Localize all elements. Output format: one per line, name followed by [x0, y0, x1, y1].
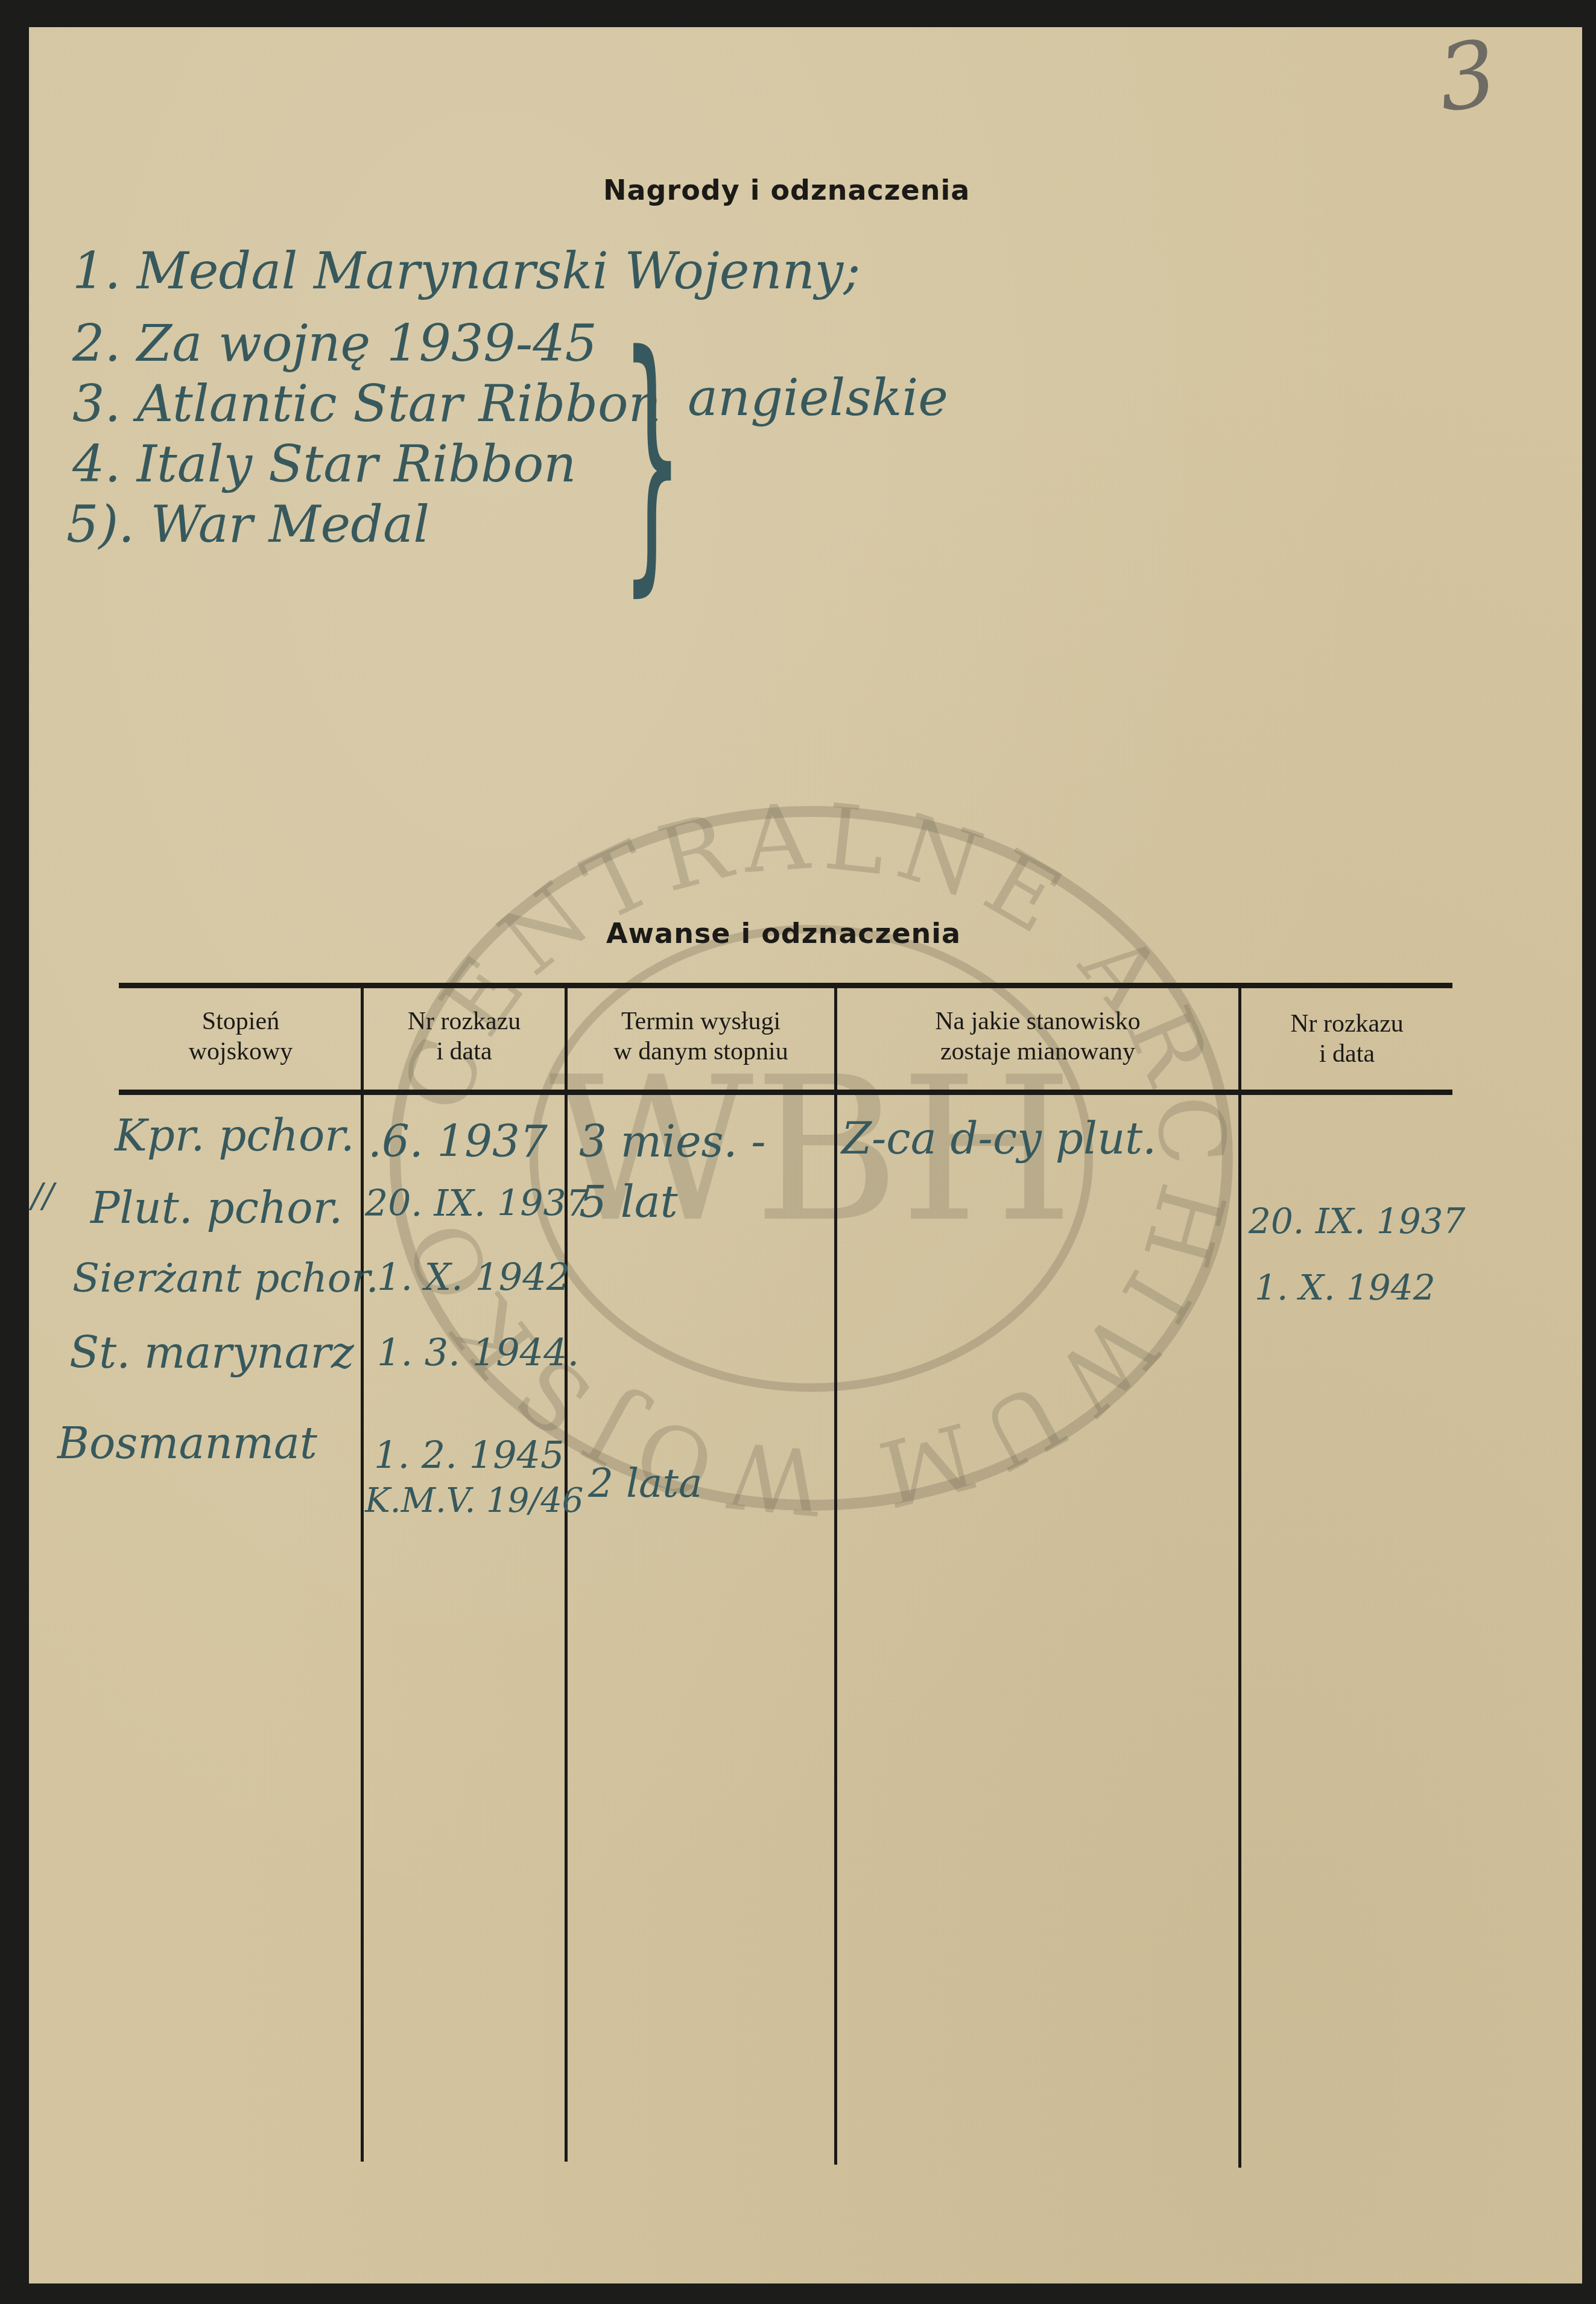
cell-term: 5 lat — [579, 1176, 678, 1227]
header-line: Stopień — [121, 1006, 361, 1036]
table-header-rule — [119, 1090, 1452, 1095]
column-header-position: Na jakie stanowisko zostaje mianowany — [837, 1006, 1238, 1067]
cell-term: 3 mies. - — [579, 1116, 766, 1167]
header-line: wojskowy — [121, 1036, 361, 1067]
cell-order: 1. 2. 1945 — [374, 1433, 565, 1477]
award-item: 1. Medal Marynarski Wojenny; — [72, 241, 861, 300]
header-line: Termin wysługi — [568, 1006, 834, 1036]
award-item: 3. Atlantic Star Ribbon — [72, 374, 661, 433]
header-line: w danym stopniu — [568, 1036, 834, 1067]
awards-heading: Nagrody i odznaczenia — [603, 174, 970, 206]
table-top-rule — [119, 983, 1452, 988]
cell-order: 1. 3. 1944. — [377, 1330, 579, 1374]
cell-order: .6. 1937 — [368, 1116, 548, 1167]
header-line: Nr rozkazu — [1241, 1009, 1452, 1039]
header-line: i data — [1241, 1039, 1452, 1069]
cell-rank: Bosmanmat — [57, 1418, 317, 1468]
margin-mark: // — [31, 1176, 54, 1216]
column-divider — [834, 985, 837, 2165]
column-header-term: Termin wysługi w danym stopniu — [568, 1006, 834, 1067]
cell-rank: St. marynarz — [69, 1327, 354, 1378]
brace-note: angielskie — [688, 368, 948, 427]
column-header-rank: Stopień wojskowy — [121, 1006, 361, 1067]
column-divider — [565, 985, 568, 2162]
column-divider — [361, 985, 364, 2162]
cell-position: Z-ca d-cy plut. — [841, 1113, 1156, 1164]
cell-order-extra: K.M.V. 19/46 — [365, 1481, 583, 1520]
column-header-order-2: Nr rozkazu i data — [1241, 1009, 1452, 1069]
award-item: 2. Za wojnę 1939-45 — [72, 314, 597, 373]
brace-symbol: } — [621, 320, 683, 597]
award-item: 5). War Medal — [66, 495, 429, 554]
cell-rank: Kpr. pchor. — [115, 1110, 355, 1161]
cell-rank: Plut. pchor. — [90, 1182, 343, 1233]
cell-order-2: 1. X. 1942 — [1255, 1267, 1436, 1308]
cell-order: 20. IX. 1937 — [365, 1182, 589, 1225]
header-line: i data — [364, 1036, 565, 1067]
cell-term: 2 lata — [588, 1460, 702, 1506]
cell-order: 1. X. 1942 — [377, 1255, 570, 1299]
cell-order-2: 20. IX. 1937 — [1249, 1201, 1465, 1242]
header-line: Nr rozkazu — [364, 1006, 565, 1036]
cell-rank: Sierżant pchor. — [72, 1255, 379, 1301]
header-line: Na jakie stanowisko — [837, 1006, 1238, 1036]
header-line: zostaje mianowany — [837, 1036, 1238, 1067]
award-item: 4. Italy Star Ribbon — [72, 434, 576, 493]
column-header-order: Nr rozkazu i data — [364, 1006, 565, 1067]
promotions-heading: Awanse i odznaczenia — [606, 917, 961, 950]
column-divider — [1238, 985, 1241, 2168]
